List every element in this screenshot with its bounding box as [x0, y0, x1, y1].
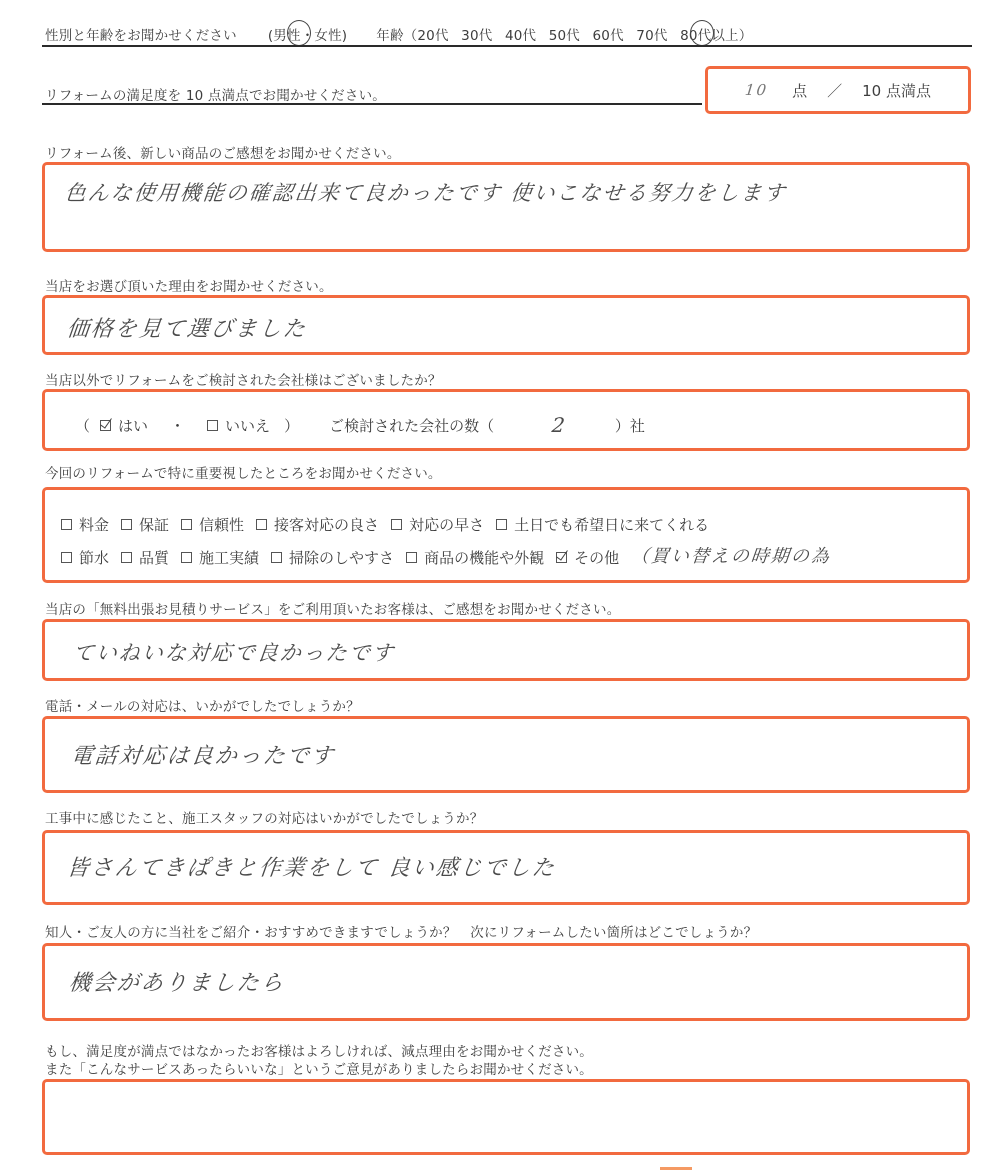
satisfaction-underline [42, 103, 702, 105]
gender-age-row: 性別と年齢をお聞かせください (男性・女性) 年齢（20代 30代 40代 50… [45, 24, 752, 44]
free-estimate-answer-box[interactable]: ていねいな対応で良かったです [42, 619, 970, 681]
option-weekend-visit[interactable]: 土日でも希望日に来てくれる [496, 514, 709, 535]
option-label: 保証 [139, 514, 169, 535]
new-product-answer-box[interactable]: 色んな使用機能の確認出来て良かったです 使いこなせる努力をします [42, 162, 970, 252]
gender-age-question: 性別と年齢をお聞かせください [45, 28, 237, 44]
score-value: 10 [744, 81, 769, 99]
no-checkbox[interactable] [207, 420, 218, 431]
score-box[interactable]: 10 点 ／ 10 点満点 [705, 66, 971, 114]
option-quick-response[interactable]: 対応の早さ [391, 514, 484, 535]
priority-box: 料金 保証 信頼性 接客対応の良さ 対応の早さ 土日でも希望日に来てくれる 節水… [42, 487, 970, 583]
checkbox[interactable] [556, 552, 567, 563]
priority-options-row2: 節水 品質 施工実績 掃除のしやすさ 商品の機能や外観 その他 （買い替えの時期… [61, 546, 831, 568]
option-water-saving[interactable]: 節水 [61, 546, 109, 568]
age-selected-circle [690, 20, 714, 46]
age-option-40s[interactable]: 40代 [505, 28, 536, 44]
other-companies-row: （ はい ・ いいえ ） ご検討された会社の数（ 2 ）社 [75, 413, 645, 437]
checkbox[interactable] [271, 552, 282, 563]
age-option-60s[interactable]: 60代 [593, 28, 624, 44]
checkbox[interactable] [496, 519, 507, 530]
open-paren: （ [75, 415, 90, 436]
checkbox[interactable] [61, 552, 72, 563]
option-label: 対応の早さ [409, 514, 484, 535]
gender-selected-circle [287, 20, 311, 46]
new-product-question: リフォーム後、新しい商品のご感想をお聞かせください。 [45, 142, 401, 162]
checkbox[interactable] [406, 552, 417, 563]
option-label: 施工実績 [199, 547, 259, 568]
option-customer-service[interactable]: 接客対応の良さ [256, 514, 379, 535]
age-option-30s[interactable]: 30代 [461, 28, 492, 44]
option-function-appearance[interactable]: 商品の機能や外観 [406, 546, 544, 568]
satisfaction-question: リフォームの満足度を 10 点満点でお聞かせください。 [45, 84, 386, 104]
phone-email-answer: 電話対応は良かったです [69, 739, 336, 770]
no-label: いいえ [225, 415, 270, 436]
reason-question: 当店をお選び頂いた理由をお聞かせください。 [45, 275, 333, 295]
option-label: 料金 [79, 514, 109, 535]
option-label: その他 [574, 547, 619, 568]
referral-question: 知人・ご友人の方に当社をご紹介・おすすめできますでしょうか？ 次にリフォームした… [45, 921, 757, 941]
option-easy-cleaning[interactable]: 掃除のしやすさ [271, 546, 394, 568]
option-label: 信頼性 [199, 514, 244, 535]
priority-question: 今回のリフォームで特に重要視したところをお聞かせください。 [45, 462, 442, 482]
option-price[interactable]: 料金 [61, 514, 109, 535]
option-reliability[interactable]: 信頼性 [181, 514, 244, 535]
deduction-reason-answer-box[interactable] [42, 1079, 970, 1155]
phone-email-answer-box[interactable]: 電話対応は良かったです [42, 716, 970, 793]
age-prefix: 年齢（ [376, 28, 417, 44]
other-companies-question: 当店以外でリフォームをご検討された会社様はございましたか？ [45, 369, 442, 389]
checkbox[interactable] [181, 552, 192, 563]
age-option-20s[interactable]: 20代 [417, 28, 448, 44]
construction-staff-question: 工事中に感じたこと、施工スタッフの対応はいかがでしたでしょうか？ [45, 807, 483, 827]
checkbox[interactable] [181, 519, 192, 530]
referral-answer: 機会がありましたら [67, 966, 286, 997]
other-companies-box: （ はい ・ いいえ ） ご検討された会社の数（ 2 ）社 [42, 389, 970, 451]
option-label: 接客対応の良さ [274, 514, 379, 535]
dot-separator: ・ [170, 415, 185, 436]
option-label: 掃除のしやすさ [289, 547, 394, 568]
close-paren: ） [284, 415, 299, 436]
construction-staff-answer: 皆さんてきぱきと作業をして 良い感じでした [65, 851, 557, 882]
priority-options-row1: 料金 保証 信頼性 接客対応の良さ 対応の早さ 土日でも希望日に来てくれる [61, 514, 721, 535]
option-track-record[interactable]: 施工実績 [181, 546, 259, 568]
option-label: 節水 [79, 547, 109, 568]
referral-answer-box[interactable]: 機会がありましたら [42, 943, 970, 1021]
checkbox[interactable] [121, 519, 132, 530]
free-estimate-question: 当店の「無料出張お見積りサービス」をご利用頂いたお客様は、ご感想をお聞かせくださ… [45, 598, 620, 618]
construction-staff-answer-box[interactable]: 皆さんてきぱきと作業をして 良い感じでした [42, 830, 970, 905]
yes-checkbox[interactable] [100, 420, 111, 431]
option-label: 土日でも希望日に来てくれる [514, 514, 709, 535]
gender-age-underline [42, 45, 972, 47]
company-count-suffix: ）社 [615, 415, 645, 436]
free-estimate-answer: ていねいな対応で良かったです [71, 637, 396, 667]
other-answer[interactable]: （買い替えの時期の為 [630, 542, 833, 568]
reason-answer-box[interactable]: 価格を見て選びました [42, 295, 970, 355]
age-option-50s[interactable]: 50代 [549, 28, 580, 44]
gender-option-female[interactable]: 女性) [314, 28, 347, 44]
option-quality[interactable]: 品質 [121, 546, 169, 568]
new-product-answer: 色んな使用機能の確認出来て良かったです 使いこなせる努力をします [63, 177, 788, 207]
deduction-reason-question-line1: もし、満足度が満点ではなかったお客様はよろしければ、減点理由をお聞かせください。 [45, 1040, 593, 1060]
option-label: 品質 [139, 547, 169, 568]
company-count-value[interactable]: 2 [551, 413, 568, 437]
score-max-label: 10 点満点 [862, 80, 931, 101]
age-option-70s[interactable]: 70代 [636, 28, 667, 44]
checkbox[interactable] [121, 552, 132, 563]
company-count-label: ご検討された会社の数（ [329, 415, 494, 436]
phone-email-question: 電話・メールの対応は、いかがでしたでしょうか？ [45, 695, 360, 715]
score-unit: 点 [792, 80, 807, 101]
option-warranty[interactable]: 保証 [121, 514, 169, 535]
checkbox[interactable] [391, 519, 402, 530]
checkbox[interactable] [256, 519, 267, 530]
option-other[interactable]: その他 [556, 546, 619, 568]
checkbox[interactable] [61, 519, 72, 530]
reason-answer: 価格を見て選びました [65, 312, 308, 343]
score-separator: ／ [827, 80, 842, 101]
yes-label: はい [118, 415, 148, 436]
option-label: 商品の機能や外観 [424, 547, 544, 568]
deduction-reason-question-line2: また「こんなサービスあったらいいな」というご意見がありましたらお聞かせください。 [45, 1058, 593, 1078]
